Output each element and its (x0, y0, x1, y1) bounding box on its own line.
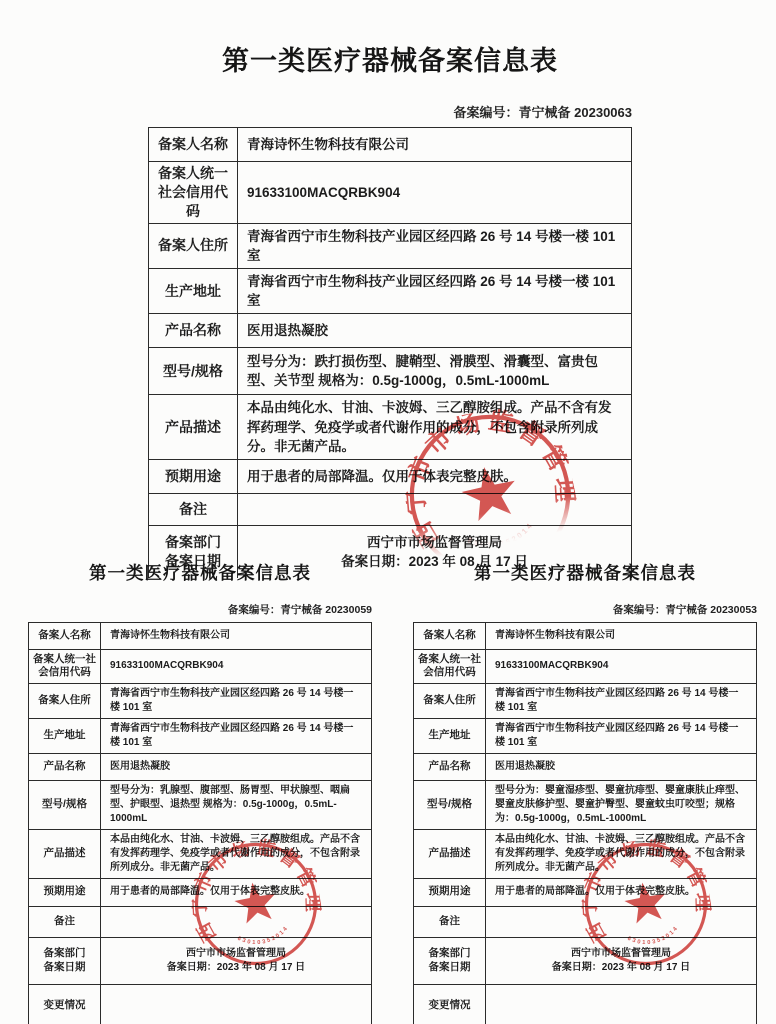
row-value-cell: 91633100MACQRBK904 (486, 650, 756, 683)
filing-table: 备案人名称青海诗怀生物科技有限公司备案人统一社会信用代码91633100MACQ… (28, 622, 372, 1024)
row-value: 西宁市市场监督管理局 (490, 947, 752, 961)
filing-number: 备案编号：青宁械备 20230063 (148, 102, 632, 121)
row-label: 预期用途 (165, 467, 221, 486)
table-row: 备案人住所青海省西宁市生物科技产业园区经四路 26 号 14 号楼一楼 101 … (149, 224, 631, 269)
row-value-cell: 型号分为：跌打损伤型、腱鞘型、滑膜型、滑囊型、富贵包型、关节型 规格为：0.5g… (238, 348, 631, 394)
row-value: 青海省西宁市生物科技产业园区经四路 26 号 14 号楼一楼 101 室 (495, 722, 747, 750)
row-value-cell: 青海省西宁市生物科技产业园区经四路 26 号 14 号楼一楼 101 室 (486, 684, 756, 718)
row-value-cell: 青海诗怀生物科技有限公司 (238, 128, 631, 161)
table-row: 备案人名称青海诗怀生物科技有限公司 (414, 623, 756, 650)
row-value: 青海省西宁市生物科技产业园区经四路 26 号 14 号楼一楼 101 室 (110, 722, 362, 750)
row-value: 青海诗怀生物科技有限公司 (247, 135, 622, 154)
row-value-cell (238, 494, 631, 525)
row-label-cell: 产品描述 (29, 830, 101, 878)
row-value: 青海省西宁市生物科技产业园区经四路 26 号 14 号楼一楼 101 室 (247, 272, 622, 310)
row-value-cell: 91633100MACQRBK904 (238, 162, 631, 223)
table-row: 备案人住所青海省西宁市生物科技产业园区经四路 26 号 14 号楼一楼 101 … (29, 684, 371, 719)
row-value: 青海诗怀生物科技有限公司 (110, 629, 362, 643)
row-label: 生产地址 (165, 282, 221, 301)
table-row: 变更情况 (29, 985, 371, 1024)
row-label-cell: 备案人名称 (29, 623, 101, 649)
row-label: 备案人名称 (423, 629, 476, 643)
table-row: 产品描述本品由纯化水、甘油、卡波姆、三乙醇胺组成。产品不含有发挥药理学、免疫学或… (29, 830, 371, 879)
row-label-cell: 产品名称 (149, 314, 238, 347)
row-value: 西宁市市场监督管理局 (105, 947, 367, 961)
row-value: 青海省西宁市生物科技产业园区经四路 26 号 14 号楼一楼 101 室 (495, 687, 747, 715)
row-label-cell: 备案部门备案日期 (414, 938, 486, 984)
row-value: 青海省西宁市生物科技产业园区经四路 26 号 14 号楼一楼 101 室 (247, 227, 622, 265)
row-value: 青海诗怀生物科技有限公司 (495, 629, 747, 643)
document-top: 第一类医疗器械备案信息表 备案编号：青宁械备 20230063 备案人名称青海诗… (148, 24, 632, 578)
row-value: 医用退热凝胶 (247, 321, 622, 340)
row-label: 产品描述 (429, 847, 471, 861)
row-label-cell: 备案人名称 (414, 623, 486, 649)
row-label: 预期用途 (44, 885, 86, 899)
form-title: 第一类医疗器械备案信息表 (148, 42, 632, 80)
row-label: 备案部门 (429, 947, 471, 961)
filing-table: 备案人名称青海诗怀生物科技有限公司备案人统一社会信用代码91633100MACQ… (148, 127, 632, 578)
table-row: 预期用途用于患者的局部降温。仅用于体表完整皮肤。 (29, 879, 371, 907)
row-value: 型号分为：乳腺型、腹部型、肠胃型、甲状腺型、咽扁型、护眼型、退热型 规格为：0.… (110, 784, 362, 826)
row-label: 备案人统一社会信用代码 (417, 653, 482, 680)
row-label-cell: 备案人统一社会信用代码 (149, 162, 238, 223)
row-label-cell: 生产地址 (149, 269, 238, 313)
table-row: 预期用途用于患者的局部降温。仅用于体表完整皮肤。 (414, 879, 756, 907)
row-label: 备案人住所 (423, 694, 476, 708)
row-value: 用于患者的局部降温。仅用于体表完整皮肤。 (495, 885, 747, 899)
row-value-cell: 西宁市市场监督管理局备案日期：2023 年 08 月 17 日 (101, 938, 371, 984)
row-label: 备案日期 (429, 961, 471, 975)
table-row: 备注 (29, 907, 371, 938)
row-label-cell: 产品名称 (414, 754, 486, 780)
row-value: 本品由纯化水、甘油、卡波姆、三乙醇胺组成。产品不含有发挥药理学、免疫学或者代谢作… (247, 398, 622, 455)
filing-number: 备案编号：青宁械备 20230053 (413, 602, 757, 617)
row-label: 生产地址 (429, 729, 471, 743)
row-label-cell: 生产地址 (29, 719, 101, 753)
row-label: 备案人名称 (38, 629, 91, 643)
row-label: 变更情况 (44, 999, 86, 1013)
row-label: 产品描述 (165, 418, 221, 437)
row-value-cell: 青海省西宁市生物科技产业园区经四路 26 号 14 号楼一楼 101 室 (101, 684, 371, 718)
row-label: 变更情况 (429, 999, 471, 1013)
row-value-cell: 本品由纯化水、甘油、卡波姆、三乙醇胺组成。产品不含有发挥药理学、免疫学或者代谢作… (486, 830, 756, 878)
row-label: 备案人住所 (158, 236, 228, 255)
form-title: 第一类医疗器械备案信息表 (413, 552, 757, 586)
row-label: 产品名称 (44, 760, 86, 774)
row-label-cell: 预期用途 (414, 879, 486, 906)
table-row: 生产地址青海省西宁市生物科技产业园区经四路 26 号 14 号楼一楼 101 室 (414, 719, 756, 754)
table-row: 型号/规格型号分为：跌打损伤型、腱鞘型、滑膜型、滑囊型、富贵包型、关节型 规格为… (149, 348, 631, 395)
row-value: 用于患者的局部降温。仅用于体表完整皮肤。 (110, 885, 362, 899)
form-title: 第一类医疗器械备案信息表 (28, 552, 372, 586)
row-value: 备案日期：2023 年 08 月 17 日 (105, 961, 367, 975)
row-label: 生产地址 (44, 729, 86, 743)
row-label-cell: 型号/规格 (29, 781, 101, 829)
row-value: 医用退热凝胶 (495, 760, 747, 774)
table-row: 备案人统一社会信用代码91633100MACQRBK904 (149, 162, 631, 224)
row-label-cell: 生产地址 (414, 719, 486, 753)
row-value-cell: 用于患者的局部降温。仅用于体表完整皮肤。 (101, 879, 371, 906)
row-label: 备案人住所 (38, 694, 91, 708)
row-label-cell: 备案部门备案日期 (29, 938, 101, 984)
row-value-cell: 医用退热凝胶 (101, 754, 371, 780)
table-row: 备案部门备案日期西宁市市场监督管理局备案日期：2023 年 08 月 17 日 (29, 938, 371, 985)
table-row: 备案人统一社会信用代码91633100MACQRBK904 (414, 650, 756, 684)
row-label-cell: 备案人住所 (414, 684, 486, 718)
table-row: 变更情况 (414, 985, 756, 1024)
row-value-cell (101, 907, 371, 937)
table-row: 预期用途用于患者的局部降温。仅用于体表完整皮肤。 (149, 460, 631, 494)
filing-number: 备案编号：青宁械备 20230059 (28, 602, 372, 617)
row-label-cell: 变更情况 (29, 985, 101, 1024)
row-label: 型号/规格 (427, 798, 472, 812)
row-value: 本品由纯化水、甘油、卡波姆、三乙醇胺组成。产品不含有发挥药理学、免疫学或者代谢作… (110, 833, 362, 875)
table-row: 产品名称医用退热凝胶 (29, 754, 371, 781)
row-value: 91633100MACQRBK904 (495, 659, 747, 673)
row-value-cell: 青海诗怀生物科技有限公司 (486, 623, 756, 649)
page: { "colors": { "stamp_red": "#cf3a36", "i… (0, 0, 776, 1024)
row-value-cell (486, 985, 756, 1024)
row-value-cell: 91633100MACQRBK904 (101, 650, 371, 683)
row-label-cell: 变更情况 (414, 985, 486, 1024)
row-value-cell: 型号分为：婴童湿疹型、婴童抗痱型、婴童康肤止痒型、婴童皮肤修护型、婴童护臀型、婴… (486, 781, 756, 829)
row-value-cell: 用于患者的局部降温。仅用于体表完整皮肤。 (486, 879, 756, 906)
row-label: 型号/规格 (42, 798, 87, 812)
row-value-cell: 西宁市市场监督管理局备案日期：2023 年 08 月 17 日 (486, 938, 756, 984)
table-row: 备注 (149, 494, 631, 526)
row-label: 型号/规格 (163, 362, 223, 381)
filing-table: 备案人名称青海诗怀生物科技有限公司备案人统一社会信用代码91633100MACQ… (413, 622, 757, 1024)
row-value-cell: 本品由纯化水、甘油、卡波姆、三乙醇胺组成。产品不含有发挥药理学、免疫学或者代谢作… (101, 830, 371, 878)
table-row: 备注 (414, 907, 756, 938)
row-label-cell: 预期用途 (29, 879, 101, 906)
document-bottom-right: 第一类医疗器械备案信息表 备案编号：青宁械备 20230053 备案人名称青海诗… (413, 540, 757, 1024)
table-row: 备案部门备案日期西宁市市场监督管理局备案日期：2023 年 08 月 17 日 (414, 938, 756, 985)
row-label-cell: 备注 (149, 494, 238, 525)
row-value: 青海省西宁市生物科技产业园区经四路 26 号 14 号楼一楼 101 室 (110, 687, 362, 715)
row-value-cell: 医用退热凝胶 (486, 754, 756, 780)
row-value: 本品由纯化水、甘油、卡波姆、三乙醇胺组成。产品不含有发挥药理学、免疫学或者代谢作… (495, 833, 747, 875)
row-value-cell: 用于患者的局部降温。仅用于体表完整皮肤。 (238, 460, 631, 493)
row-value-cell: 青海省西宁市生物科技产业园区经四路 26 号 14 号楼一楼 101 室 (101, 719, 371, 753)
row-label-cell: 备案人住所 (149, 224, 238, 268)
table-row: 型号/规格型号分为：乳腺型、腹部型、肠胃型、甲状腺型、咽扁型、护眼型、退热型 规… (29, 781, 371, 830)
row-value-cell: 青海诗怀生物科技有限公司 (101, 623, 371, 649)
row-label-cell: 型号/规格 (414, 781, 486, 829)
row-value: 91633100MACQRBK904 (110, 659, 362, 673)
table-row: 产品名称医用退热凝胶 (414, 754, 756, 781)
table-row: 型号/规格型号分为：婴童湿疹型、婴童抗痱型、婴童康肤止痒型、婴童皮肤修护型、婴童… (414, 781, 756, 830)
row-label-cell: 备案人统一社会信用代码 (29, 650, 101, 683)
row-label-cell: 备案人住所 (29, 684, 101, 718)
row-label-cell: 备案人名称 (149, 128, 238, 161)
row-label: 预期用途 (429, 885, 471, 899)
row-label: 备案人名称 (158, 135, 228, 154)
row-label-cell: 备注 (414, 907, 486, 937)
row-label-cell: 备案人统一社会信用代码 (414, 650, 486, 683)
table-row: 生产地址青海省西宁市生物科技产业园区经四路 26 号 14 号楼一楼 101 室 (149, 269, 631, 314)
row-value-cell: 青海省西宁市生物科技产业园区经四路 26 号 14 号楼一楼 101 室 (238, 269, 631, 313)
row-label-cell: 备注 (29, 907, 101, 937)
row-value: 用于患者的局部降温。仅用于体表完整皮肤。 (247, 467, 622, 486)
row-label: 产品名称 (429, 760, 471, 774)
row-value: 型号分为：婴童湿疹型、婴童抗痱型、婴童康肤止痒型、婴童皮肤修护型、婴童护臀型、婴… (495, 784, 747, 826)
row-value-cell: 青海省西宁市生物科技产业园区经四路 26 号 14 号楼一楼 101 室 (486, 719, 756, 753)
row-label: 产品名称 (165, 321, 221, 340)
row-label: 备注 (54, 915, 75, 929)
row-label: 产品描述 (44, 847, 86, 861)
row-label-cell: 产品名称 (29, 754, 101, 780)
row-value-cell: 医用退热凝胶 (238, 314, 631, 347)
table-row: 产品描述本品由纯化水、甘油、卡波姆、三乙醇胺组成。产品不含有发挥药理学、免疫学或… (414, 830, 756, 879)
table-row: 产品描述本品由纯化水、甘油、卡波姆、三乙醇胺组成。产品不含有发挥药理学、免疫学或… (149, 395, 631, 459)
row-label: 备案部门 (44, 947, 86, 961)
table-row: 备案人名称青海诗怀生物科技有限公司 (29, 623, 371, 650)
row-value-cell (101, 985, 371, 1024)
row-label-cell: 产品描述 (414, 830, 486, 878)
table-row: 备案人统一社会信用代码91633100MACQRBK904 (29, 650, 371, 684)
row-label: 备注 (439, 915, 460, 929)
row-value-cell: 型号分为：乳腺型、腹部型、肠胃型、甲状腺型、咽扁型、护眼型、退热型 规格为：0.… (101, 781, 371, 829)
table-row: 备案人住所青海省西宁市生物科技产业园区经四路 26 号 14 号楼一楼 101 … (414, 684, 756, 719)
row-label-cell: 型号/规格 (149, 348, 238, 394)
row-value: 医用退热凝胶 (110, 760, 362, 774)
row-label-cell: 预期用途 (149, 460, 238, 493)
row-label-cell: 产品描述 (149, 395, 238, 458)
row-label: 备案人统一社会信用代码 (152, 164, 234, 221)
row-value-cell: 本品由纯化水、甘油、卡波姆、三乙醇胺组成。产品不含有发挥药理学、免疫学或者代谢作… (238, 395, 631, 458)
row-value: 型号分为：跌打损伤型、腱鞘型、滑膜型、滑囊型、富贵包型、关节型 规格为：0.5g… (247, 352, 622, 390)
row-label: 备注 (179, 500, 207, 519)
table-row: 产品名称医用退热凝胶 (149, 314, 631, 348)
table-row: 生产地址青海省西宁市生物科技产业园区经四路 26 号 14 号楼一楼 101 室 (29, 719, 371, 754)
row-label: 备案日期 (44, 961, 86, 975)
row-value: 备案日期：2023 年 08 月 17 日 (490, 961, 752, 975)
row-label: 备案人统一社会信用代码 (32, 653, 97, 680)
document-bottom-left: 第一类医疗器械备案信息表 备案编号：青宁械备 20230059 备案人名称青海诗… (28, 540, 372, 1024)
table-row: 备案人名称青海诗怀生物科技有限公司 (149, 128, 631, 162)
row-value-cell (486, 907, 756, 937)
row-value-cell: 青海省西宁市生物科技产业园区经四路 26 号 14 号楼一楼 101 室 (238, 224, 631, 268)
row-value: 91633100MACQRBK904 (247, 183, 622, 202)
